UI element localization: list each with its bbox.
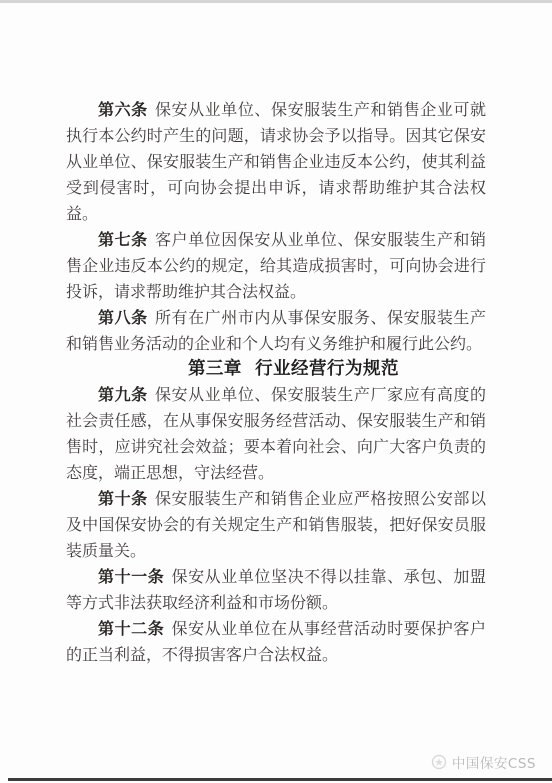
- top-divider-line: [0, 0, 552, 3]
- chapter-3-label: 第三章: [188, 359, 242, 379]
- article-10-label: 第十条: [98, 489, 148, 508]
- article-8-paragraph: 第八条所有在广州市内从事保安服务、保安服装生产和销售业务活动的企业和个人均有义务…: [66, 305, 486, 357]
- chapter-3-heading: 第三章行业经营行为规范: [66, 357, 486, 382]
- article-7-label: 第七条: [98, 230, 148, 249]
- article-6-paragraph: 第六条保安从业单位、保安服装生产和销售企业可就执行本公约时产生的问题，请求协会予…: [66, 97, 486, 227]
- watermark: 中国保安CSS: [431, 752, 536, 772]
- security-badge-icon: [431, 754, 447, 770]
- article-6-label: 第六条: [98, 100, 148, 119]
- article-10-paragraph: 第十条保安服装生产和销售企业应严格按照公安部以及中国保安协会的有关规定生产和销售…: [66, 486, 486, 564]
- article-9-label: 第九条: [98, 385, 148, 404]
- article-12-label: 第十二条: [98, 619, 164, 638]
- article-11-paragraph: 第十一条保安从业单位坚决不得以挂靠、承包、加盟等方式非法获取经济利益和市场份额。: [66, 564, 486, 616]
- watermark-text: 中国保安CSS: [452, 752, 536, 772]
- document-page: 第六条保安从业单位、保安服装生产和销售企业可就执行本公约时产生的问题，请求协会予…: [0, 0, 552, 783]
- article-12-paragraph: 第十二条保安从业单位在从事经营活动时要保护客户的正当利益，不得损害客户合法权益。: [66, 616, 486, 668]
- article-8-label: 第八条: [98, 308, 148, 327]
- article-9-paragraph: 第九条保安从业单位、保安服装生产厂家应有高度的社会责任感，在从事保安服务经营活动…: [66, 382, 486, 486]
- bottom-divider-line: [8, 778, 552, 781]
- document-body: 第六条保安从业单位、保安服装生产和销售企业可就执行本公约时产生的问题，请求协会予…: [66, 97, 486, 668]
- article-11-label: 第十一条: [98, 567, 164, 586]
- chapter-3-title: 行业经营行为规范: [255, 359, 399, 379]
- article-7-paragraph: 第七条客户单位因保安从业单位、保安服装生产和销售企业违反本公约的规定，给其造成损…: [66, 227, 486, 305]
